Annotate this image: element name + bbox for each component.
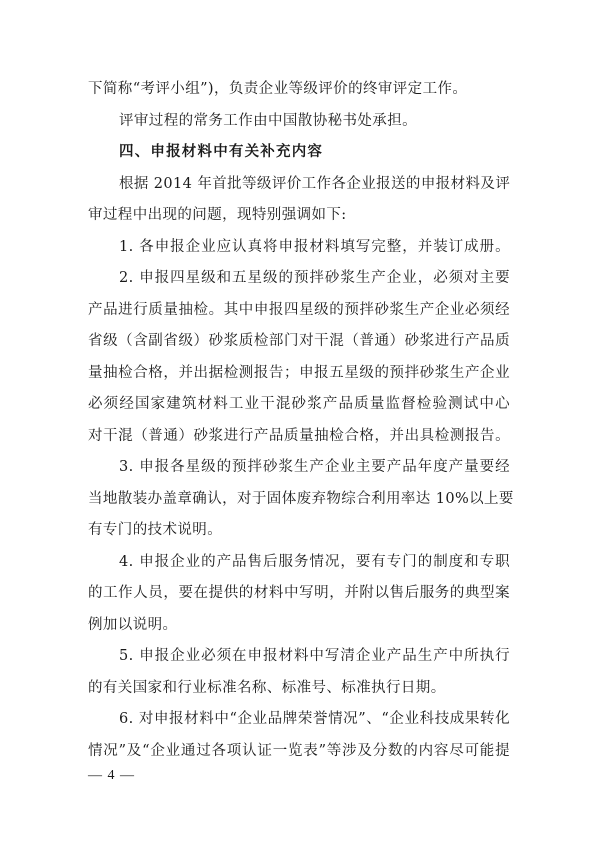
paragraph-line: 审过程中出现的问题，现特别强调如下:	[88, 200, 510, 232]
paragraph-line: 评审过程的常务工作由中国散协秘书处承担。	[88, 106, 510, 138]
paragraph-line: 情况”及“企业通过各项认证一览表”等涉及分数的内容尽可能提	[88, 736, 510, 768]
paragraph-line: 省级（含副省级）砂浆质检部门对干混（普通）砂浆进行产品质	[88, 326, 510, 358]
paragraph-line: 当地散装办盖章确认，对于固体废弃物综合利用率达 10%以上要	[88, 484, 510, 516]
list-item-2: 2. 申报四星级和五星级的预拌砂浆生产企业，必须对主要	[88, 263, 510, 295]
paragraph-line: 必须经国家建筑材料工业干混砂浆产品质量监督检验测试中心	[88, 389, 510, 421]
paragraph-line: 对干混（普通）砂浆进行产品质量抽检合格，并出具检测报告。	[88, 421, 510, 453]
list-item-6: 6. 对申报材料中“企业品牌荣誉情况”、“企业科技成果转化	[88, 704, 510, 736]
list-item-4: 4. 申报企业的产品售后服务情况，要有专门的制度和专职	[88, 547, 510, 579]
list-item-5: 5. 申报企业必须在申报材料中写清企业产品生产中所执行	[88, 641, 510, 673]
paragraph-line: 例加以说明。	[88, 610, 510, 642]
paragraph-line: 的有关国家和行业标准名称、标准号、标准执行日期。	[88, 673, 510, 705]
paragraph-line: 根据 2014 年首批等级评价工作各企业报送的申报材料及评	[88, 169, 510, 201]
document-page: 下简称“考评小组”)，负责企业等级评价的终审评定工作。 评审过程的常务工作由中国…	[88, 74, 510, 767]
paragraph-line: 有专门的技术说明。	[88, 515, 510, 547]
paragraph-line: 产品进行质量抽检。其中申报四星级的预拌砂浆生产企业必须经	[88, 295, 510, 327]
paragraph-line: 的工作人员，要在提供的材料中写明，并附以售后服务的典型案	[88, 578, 510, 610]
section-heading: 四、申报材料中有关补充内容	[88, 137, 510, 169]
paragraph-line: 下简称“考评小组”)，负责企业等级评价的终审评定工作。	[88, 74, 510, 106]
page-number: — 4 —	[88, 768, 135, 784]
list-item-1: 1. 各申报企业应认真将申报材料填写完整，并装订成册。	[88, 232, 510, 264]
paragraph-line: 量抽检合格，并出据检测报告；申报五星级的预拌砂浆生产企业	[88, 358, 510, 390]
list-item-3: 3. 申报各星级的预拌砂浆生产企业主要产品年度产量要经	[88, 452, 510, 484]
